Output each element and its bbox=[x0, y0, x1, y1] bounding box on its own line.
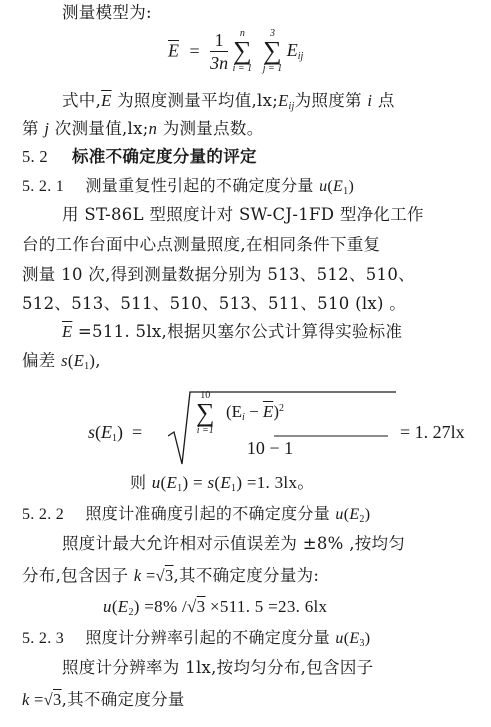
formula-result: = 1. 27lx bbox=[400, 422, 465, 443]
section-number: 5. 2. 3 bbox=[22, 630, 64, 647]
text: 次测量值,lx; bbox=[49, 119, 148, 138]
equals: = bbox=[142, 566, 156, 585]
sqrt-icon: √ bbox=[156, 566, 165, 585]
text: 台的工作台面中心点测量照度,在相同条件下重复 bbox=[22, 235, 380, 254]
var-e-bar: E bbox=[62, 322, 72, 341]
sum-i: 10 ∑ i =1 bbox=[196, 390, 215, 436]
resolution-para-line-2: k =√3,其不确定度分量 bbox=[22, 689, 185, 711]
symbol-u: u bbox=[335, 506, 343, 523]
resolution-para-line-1: 照度计分辨率为 1lx,按均匀分布,包含因子 bbox=[62, 657, 373, 679]
sigma-icon: ∑ bbox=[263, 39, 283, 63]
symbol-sub: 2 bbox=[128, 607, 133, 618]
text: 则 bbox=[130, 473, 152, 492]
model-label: 测量模型为: bbox=[62, 2, 152, 24]
sum-j-lower: j = 1 bbox=[263, 63, 283, 74]
symbol-sub: 1 bbox=[112, 433, 117, 444]
model-label-text: 测量模型为: bbox=[62, 3, 152, 22]
symbol-e: E bbox=[220, 473, 231, 492]
sigma-icon: ∑ bbox=[196, 401, 215, 425]
var-e-bar: E bbox=[263, 402, 273, 421]
symbol-u: u bbox=[335, 630, 343, 647]
text: , bbox=[95, 351, 101, 370]
text: 为测量点数。 bbox=[157, 119, 263, 138]
text: 照度计最大允许相对示值误差为 ±8% ,按均匀 bbox=[62, 534, 405, 553]
var-n: n bbox=[149, 119, 158, 138]
text: 分布,包含因子 bbox=[22, 566, 134, 585]
symbol-k: k bbox=[22, 690, 30, 709]
text: 测量 10 次,得到测量数据分别为 513、512、510、 bbox=[22, 265, 415, 284]
denominator: 10 − 1 bbox=[220, 438, 320, 459]
text: =511. 5lx,根据贝塞尔公式计算得实验标准 bbox=[72, 322, 402, 341]
mean-formula: E = 1 3n n ∑ i = 1 3 ∑ j = 1 Eij bbox=[168, 28, 303, 74]
bessel-formula: s(E1) = 10 ∑ i =1 (Ei − E)2 10 − 1 = 1. … bbox=[88, 388, 408, 468]
section-title: 照度计准确度引起的不确定度分量 bbox=[86, 504, 336, 523]
text: 第 bbox=[22, 119, 44, 138]
text: 为照度第 bbox=[295, 91, 368, 110]
symbol-s: s bbox=[88, 422, 95, 442]
sqrt-icon: √ bbox=[187, 597, 197, 616]
section-number: 5. 2 bbox=[22, 147, 48, 166]
numerator-term: (Ei − E)2 bbox=[226, 402, 284, 423]
formula-term: Eij bbox=[287, 40, 304, 60]
text: 512、513、511、510、513、511、510 (lx) 。 bbox=[22, 294, 406, 313]
fraction-denominator: 3n bbox=[210, 52, 228, 74]
symbol-e: E bbox=[349, 630, 359, 647]
para-line-4: 512、513、511、510、513、511、510 (lx) 。 bbox=[22, 293, 406, 315]
document-page: 测量模型为: E = 1 3n n ∑ i = 1 3 ∑ j = 1 Eij … bbox=[0, 0, 491, 727]
accuracy-para-line-2: 分布,包含因子 k =√3,其不确定度分量为: bbox=[22, 565, 319, 587]
formula-equals: = bbox=[190, 41, 200, 61]
para-line-1: 用 ST-86L 型照度计对 SW-CJ-1FD 型净化工作 bbox=[62, 204, 424, 226]
var-e: E bbox=[278, 91, 288, 110]
symbol-e: E bbox=[101, 422, 112, 442]
text: ,其不确定度分量为: bbox=[173, 566, 319, 585]
text: =8% / bbox=[140, 597, 187, 616]
para-line-3: 测量 10 次,得到测量数据分别为 513、512、510、 bbox=[22, 264, 415, 286]
symbol-e: E bbox=[333, 178, 343, 195]
section-5-2-2-heading: 5. 2. 2 照度计准确度引起的不确定度分量 u(E2) bbox=[22, 503, 370, 531]
mean-result-line: E =511. 5lx,根据贝塞尔公式计算得实验标准 bbox=[62, 321, 402, 343]
section-title: 标准不确定度分量的评定 bbox=[72, 147, 257, 166]
formula-fraction: 1 3n bbox=[210, 29, 228, 74]
sum-j: 3 ∑ j = 1 bbox=[263, 28, 283, 74]
result: =1. 3lx。 bbox=[242, 473, 314, 492]
section-title: 测量重复性引起的不确定度分量 bbox=[86, 176, 320, 195]
symbol-e: E bbox=[74, 351, 84, 370]
text: ,其不确定度分量 bbox=[62, 690, 185, 709]
term-sub: ij bbox=[298, 51, 304, 62]
section-5-2-heading: 5. 2 标准不确定度分量的评定 bbox=[22, 146, 257, 168]
symbol-sub: 1 bbox=[231, 483, 236, 494]
term-var: E bbox=[287, 40, 298, 60]
text: 用 ST-86L 型照度计对 SW-CJ-1FD 型净化工作 bbox=[62, 205, 424, 224]
section-5-2-3-heading: 5. 2. 3 照度计分辨率引起的不确定度分量 u(E3) bbox=[22, 627, 370, 655]
symbol-u: u bbox=[152, 473, 161, 492]
symbol-s: s bbox=[61, 351, 68, 370]
equals: = bbox=[30, 690, 44, 709]
std-dev-line: 偏差 s(E1), bbox=[22, 350, 101, 378]
definition-line-2: 第 j 次测量值,lx;n 为测量点数。 bbox=[22, 118, 264, 140]
text: 偏差 bbox=[22, 351, 61, 370]
sum-i-lower: i = 1 bbox=[233, 63, 253, 74]
accuracy-para-line-1: 照度计最大允许相对示值误差为 ±8% ,按均匀 bbox=[62, 533, 405, 555]
accuracy-formula: u(E2) =8% /√3 ×511. 5 =23. 6lx bbox=[103, 596, 327, 624]
definition-line-1: 式中,E 为照度测量平均值,lx;Eij为照度第 i 点 bbox=[62, 90, 395, 118]
text: 点 bbox=[372, 91, 394, 110]
text: 式中, bbox=[62, 91, 101, 110]
sqrt-icon: √ bbox=[44, 690, 53, 709]
minus: − bbox=[245, 402, 263, 421]
text: 照度计分辨率为 1lx,按均匀分布,包含因子 bbox=[62, 658, 373, 677]
symbol-sub: 1 bbox=[177, 483, 182, 494]
sum-i: n ∑ i = 1 bbox=[233, 28, 253, 74]
symbol-e: E bbox=[349, 506, 359, 523]
section-5-2-1-heading: 5. 2. 1 测量重复性引起的不确定度分量 u(E1) bbox=[22, 175, 354, 203]
sqrt-arg: 3 bbox=[53, 690, 62, 709]
symbol-e: E bbox=[166, 473, 177, 492]
text: (E bbox=[226, 402, 242, 421]
symbol-k: k bbox=[134, 566, 142, 585]
section-title: 照度计分辨率引起的不确定度分量 bbox=[86, 628, 336, 647]
conclusion-line: 则 u(E1) = s(E1) =1. 3lx。 bbox=[130, 472, 315, 500]
sigma-icon: ∑ bbox=[233, 39, 253, 63]
symbol-s: s bbox=[207, 473, 214, 492]
section-number: 5. 2. 1 bbox=[22, 178, 64, 195]
para-line-2: 台的工作台面中心点测量照度,在相同条件下重复 bbox=[22, 234, 380, 256]
equals: = bbox=[188, 473, 207, 492]
text: 为照度测量平均值,lx; bbox=[112, 91, 279, 110]
var-e-bar: E bbox=[101, 91, 111, 110]
formula-lhs: s(E1) = bbox=[88, 422, 142, 444]
power: 2 bbox=[279, 403, 284, 414]
symbol-u: u bbox=[103, 597, 112, 616]
formula-lhs: E bbox=[168, 41, 179, 61]
fraction-numerator: 1 bbox=[210, 29, 228, 52]
section-number: 5. 2. 2 bbox=[22, 506, 64, 523]
text: ×511. 5 =23. 6lx bbox=[205, 597, 327, 616]
sum-lower: i =1 bbox=[196, 425, 215, 436]
symbol-e: E bbox=[118, 597, 129, 616]
